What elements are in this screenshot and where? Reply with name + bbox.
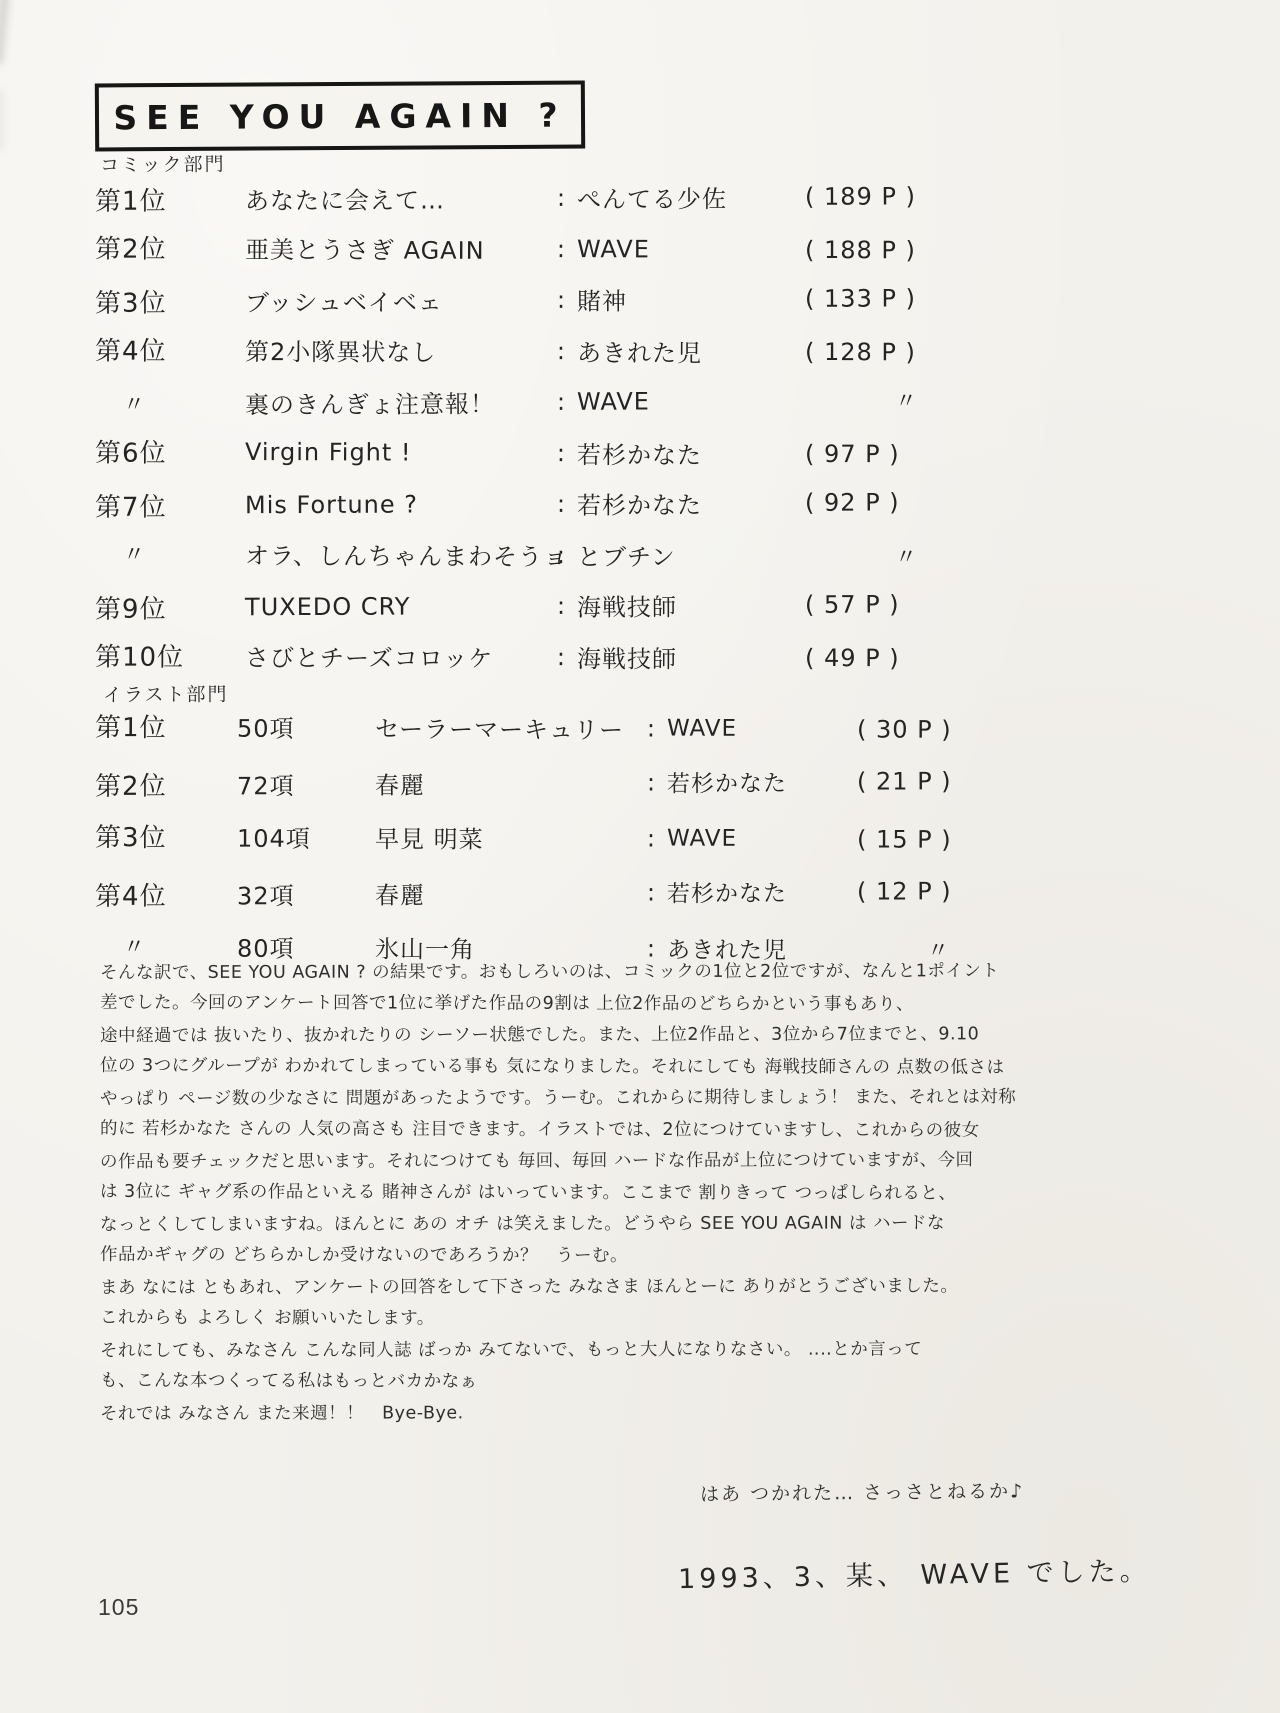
colon-separator: :	[545, 285, 577, 313]
page-count: ( 12 P )	[857, 877, 1002, 906]
table-row: 第4位 第2小隊異状なし : あきれた児 ( 128 P )	[95, 323, 965, 377]
comic-ranking-table: 第1位 あなたに会えて… : ぺんてる少佐 ( 189 P ) 第2位 亜美とう…	[95, 172, 965, 682]
commentary-line: 差でした。今回のアンケート回答で1位に挙げた作品の9割は 上位2作品のどちらかと…	[100, 987, 1190, 1021]
commentary-line: それにしても、みなさん こんな同人誌 ばっか みてないで、もっと大人になりなさい…	[100, 1334, 1190, 1368]
commentary-line: 作品かギャグの どちらかしか受けないのであろうか？ うーむ。	[100, 1239, 1190, 1273]
work-title: 亜美とうさぎ AGAIN	[245, 230, 545, 266]
table-row: 第6位 Virgin Fight ! : 若杉かなた ( 97 P )	[95, 425, 965, 479]
commentary-line: 途中経過では 抜いたり、抜かれたりの シーソー状態でした。また、上位2作品と、3…	[100, 1019, 1190, 1053]
page-title: SEE YOU AGAIN ?	[113, 95, 566, 137]
page-count: ( 92 P )	[805, 488, 965, 517]
page-count: ( 15 P )	[857, 825, 1002, 854]
commentary-line: これからも よろしく お願いいたします。	[100, 1302, 1190, 1336]
illust-subject: 春麗	[375, 765, 635, 801]
page-number: 105	[98, 1594, 139, 1621]
vote-count: 32項	[237, 876, 375, 912]
work-title: ブッシュベイベェ	[245, 282, 545, 318]
author-name: WAVE	[577, 235, 805, 264]
ditto-mark: 〃	[95, 537, 245, 569]
colon-separator: :	[545, 235, 577, 263]
colon-separator: :	[545, 591, 577, 619]
tired-note: はあ つかれた… さっさとねるか♪	[700, 1476, 1024, 1506]
author-name: ぺんてる少佐	[577, 179, 805, 215]
table-row: 〃 オラ、しんちゃんまわそうョ : とブチン 〃	[95, 527, 965, 581]
page-count: ( 128 P )	[805, 337, 965, 366]
vote-count: 50項	[237, 709, 375, 745]
table-row: 第1位 50項 セーラーマーキュリー : WAVE ( 30 P )	[95, 698, 995, 757]
table-row: 第2位 亜美とうさぎ AGAIN : WAVE ( 188 P )	[95, 221, 965, 275]
table-row: 第3位 104項 早見 明菜 : WAVE ( 15 P )	[95, 808, 995, 867]
ditto-mark: 〃	[805, 384, 965, 416]
work-title: さびとチーズコロッケ	[245, 638, 545, 674]
commentary-line: も、こんな本つくってる私はもっとバカかなぁ	[100, 1365, 1190, 1399]
ditto-mark: 〃	[95, 387, 245, 419]
table-row: 第9位 TUXEDO CRY : 海戦技師 ( 57 P )	[95, 578, 965, 633]
author-name: 若杉かなた	[577, 435, 805, 471]
page-count: ( 97 P )	[805, 439, 965, 468]
page-count: ( 133 P )	[805, 284, 965, 313]
commentary-line: まあ なには ともあれ、アンケートの回答をして下さった みなさま ほんとーに あ…	[100, 1271, 1190, 1305]
work-title: 第2小隊異状なし	[245, 332, 545, 368]
author-name: 海戦技師	[577, 639, 805, 675]
author-name: とブチン	[577, 537, 805, 573]
author-name: 若杉かなた	[577, 485, 805, 521]
table-row: 第10位 さびとチーズコロッケ : 海戦技師 ( 49 P )	[95, 629, 965, 683]
rank-label: 第10位	[95, 636, 245, 674]
colon-separator: :	[545, 643, 577, 671]
colon-separator: :	[635, 824, 667, 852]
work-title: Mis Fortune ?	[245, 489, 545, 518]
work-title: あなたに会えて…	[245, 180, 545, 216]
author-name: 若杉かなた	[667, 765, 857, 799]
rank-label: 第2位	[95, 765, 237, 803]
colon-separator: :	[545, 337, 577, 365]
author-name: 海戦技師	[577, 587, 805, 623]
page-count: ( 49 P )	[805, 643, 965, 672]
colon-separator: :	[635, 768, 667, 796]
illust-subject: 早見 明菜	[375, 819, 635, 855]
work-title: 裏のきんぎょ注意報！	[245, 384, 545, 420]
page-count: ( 57 P )	[805, 590, 965, 619]
colon-separator: :	[545, 541, 577, 569]
commentary-line: それでは みなさん また来週！！ Bye-Bye.	[100, 1397, 1190, 1431]
colon-separator: :	[545, 387, 577, 415]
commentary-line: なっとくしてしまいますね。ほんとに あの オチ は笑えました。どうやら SEE …	[100, 1208, 1190, 1242]
page-count: ( 189 P )	[805, 182, 965, 211]
table-row: 第1位 あなたに会えて… : ぺんてる少佐 ( 189 P )	[95, 170, 965, 225]
ditto-mark: 〃	[805, 540, 965, 572]
page-count: ( 188 P )	[805, 235, 965, 264]
table-row: 第4位 32項 春麗 : 若杉かなた ( 12 P )	[95, 863, 995, 922]
table-row: 第2位 72項 春麗 : 若杉かなた ( 21 P )	[95, 753, 995, 812]
work-title: オラ、しんちゃんまわそうョ	[245, 536, 545, 572]
author-name: WAVE	[577, 386, 805, 415]
scan-edge-smudge	[0, 0, 10, 64]
author-name: 賭神	[577, 281, 805, 317]
author-name: WAVE	[667, 825, 857, 852]
table-row: 〃 裏のきんぎょ注意報！ : WAVE 〃	[95, 374, 965, 429]
colon-separator: :	[545, 489, 577, 517]
commentary-line: 位の 3つにグループが わかれてしまっている事も 気になりました。それにしても …	[100, 1050, 1190, 1084]
page-count: ( 30 P )	[857, 715, 1002, 744]
rank-label: 第9位	[95, 588, 245, 626]
rank-label: 第6位	[95, 432, 245, 470]
rank-label: 第1位	[95, 180, 245, 218]
commentary-line: は 3位に ギャグ系の作品といえる 賭神さんが はいっています。ここまで 割りき…	[100, 1176, 1190, 1210]
rank-label: 第7位	[95, 486, 245, 524]
rank-label: 第3位	[95, 282, 245, 320]
colon-separator: :	[635, 878, 667, 906]
colon-separator: :	[545, 439, 577, 467]
colon-separator: :	[545, 183, 577, 211]
scan-edge-smudge	[0, 90, 3, 150]
commentary-line: そんな訳で、SEE YOU AGAIN ? の結果です。おもしろいのは、コミック…	[100, 956, 1190, 990]
rank-label: 第4位	[95, 875, 237, 913]
rank-label: 第4位	[95, 330, 245, 368]
commentary-line: の作品も要チェックだと思います。それにつけても 毎回、毎回 ハードな作品が上位に…	[100, 1145, 1190, 1179]
rank-label: 第2位	[95, 228, 245, 266]
commentary-line: やっぱり ページ数の少なさに 問題があったようです。うーむ。これからに期待しまし…	[100, 1082, 1190, 1116]
work-title: TUXEDO CRY	[245, 591, 545, 620]
table-row: 第3位 ブッシュベイベェ : 賭神 ( 133 P )	[95, 272, 965, 327]
author-name: 若杉かなた	[667, 875, 857, 909]
table-row: 第7位 Mis Fortune ? : 若杉かなた ( 92 P )	[95, 476, 965, 531]
illust-subject: 春麗	[375, 875, 635, 911]
rank-label: 第3位	[95, 817, 237, 855]
page-count: ( 21 P )	[857, 767, 1002, 796]
commentary-line: 的に 若杉かなた さんの 人気の高さも 注目できます。イラストでは、2位につけて…	[100, 1113, 1190, 1147]
date-signoff: 1993、3、某、 WAVE でした。	[678, 1549, 1151, 1596]
author-name: WAVE	[667, 715, 857, 742]
vote-count: 104項	[237, 819, 375, 855]
colon-separator: :	[635, 714, 667, 742]
illust-subject: セーラーマーキュリー	[375, 709, 635, 745]
title-box: SEE YOU AGAIN ?	[95, 81, 585, 152]
illust-ranking-table: 第1位 50項 セーラーマーキュリー : WAVE ( 30 P ) 第2位 7…	[95, 700, 995, 975]
vote-count: 72項	[237, 766, 375, 802]
author-name: あきれた児	[577, 333, 805, 369]
commentary-paragraph: そんな訳で、SEE YOU AGAIN ? の結果です。おもしろいのは、コミック…	[100, 957, 1190, 1430]
work-title: Virgin Fight !	[245, 438, 545, 467]
rank-label: 第1位	[95, 707, 237, 745]
